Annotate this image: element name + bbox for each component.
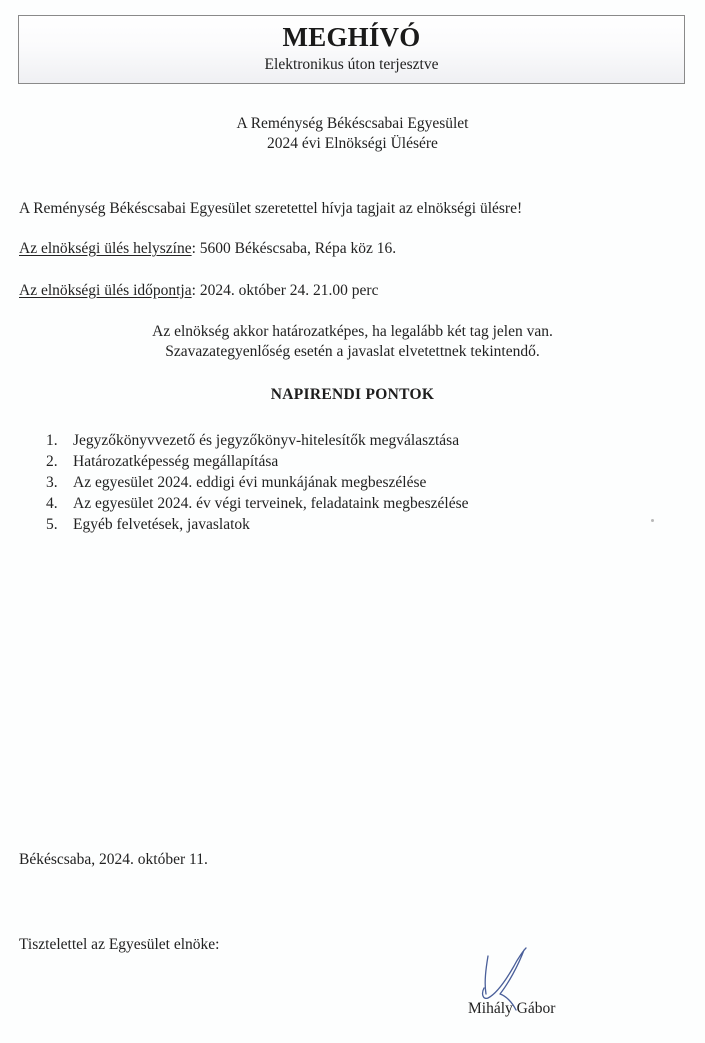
location-line: Az elnökségi ülés helyszíne: 5600 Békésc… [19,240,396,258]
agenda-item: 1.Jegyzőkönyvvezető és jegyzőkönyv-hitel… [46,430,469,451]
signer-name: Mihály Gábor [468,1000,555,1018]
location-label: Az elnökségi ülés helyszíne [19,240,192,257]
agenda-item-text: Az egyesület 2024. eddigi évi munkájának… [73,472,426,493]
addressee-line-1: A Reménység Békéscsabai Egyesület [0,114,705,134]
agenda-item-number: 3. [46,472,73,493]
quorum-line-1: Az elnökség akkor határozatképes, ha leg… [0,322,705,342]
agenda-title: NAPIRENDI PONTOK [0,386,705,404]
location-value: 5600 Békéscsaba, Répa köz 16. [196,240,396,257]
agenda-item: 3.Az egyesület 2024. eddigi évi munkáján… [46,472,469,493]
time-label: Az elnökségi ülés időpontja [19,282,192,299]
document-title: MEGHÍVÓ [19,22,684,53]
agenda-item-number: 1. [46,430,73,451]
agenda-item-text: Határozatképesség megállapítása [73,451,278,472]
quorum-block: Az elnökség akkor határozatképes, ha leg… [0,322,705,362]
agenda-item-text: Jegyzőkönyvvezető és jegyzőkönyv-hiteles… [73,430,459,451]
agenda-item-text: Az egyesület 2024. év végi terveinek, fe… [73,493,469,514]
agenda-list: 1.Jegyzőkönyvvezető és jegyzőkönyv-hitel… [46,430,469,535]
place-date: Békéscsaba, 2024. október 11. [19,851,208,869]
time-line: Az elnökségi ülés időpontja: 2024. októb… [19,282,378,300]
addressee-block: A Reménység Békéscsabai Egyesület 2024 é… [0,114,705,154]
quorum-line-2: Szavazategyenlőség esetén a javaslat elv… [0,342,705,362]
time-value: 2024. október 24. 21.00 perc [196,282,379,299]
agenda-item-number: 2. [46,451,73,472]
agenda-item: 2.Határozatképesség megállapítása [46,451,469,472]
agenda-item-number: 5. [46,514,73,535]
closing-text: Tisztelettel az Egyesület elnöke: [19,936,219,954]
agenda-item-text: Egyéb felvetések, javaslatok [73,514,250,535]
document-subtitle: Elektronikus úton terjesztve [19,56,684,74]
agenda-item: 4.Az egyesület 2024. év végi terveinek, … [46,493,469,514]
addressee-line-2: 2024 évi Elnökségi Ülésére [0,134,705,154]
agenda-item-number: 4. [46,493,73,514]
intro-text: A Reménység Békéscsabai Egyesület szeret… [19,200,522,218]
agenda-item: 5.Egyéb felvetések, javaslatok [46,514,469,535]
scan-speck [651,519,654,522]
document-header: MEGHÍVÓ Elektronikus úton terjesztve [18,15,685,84]
